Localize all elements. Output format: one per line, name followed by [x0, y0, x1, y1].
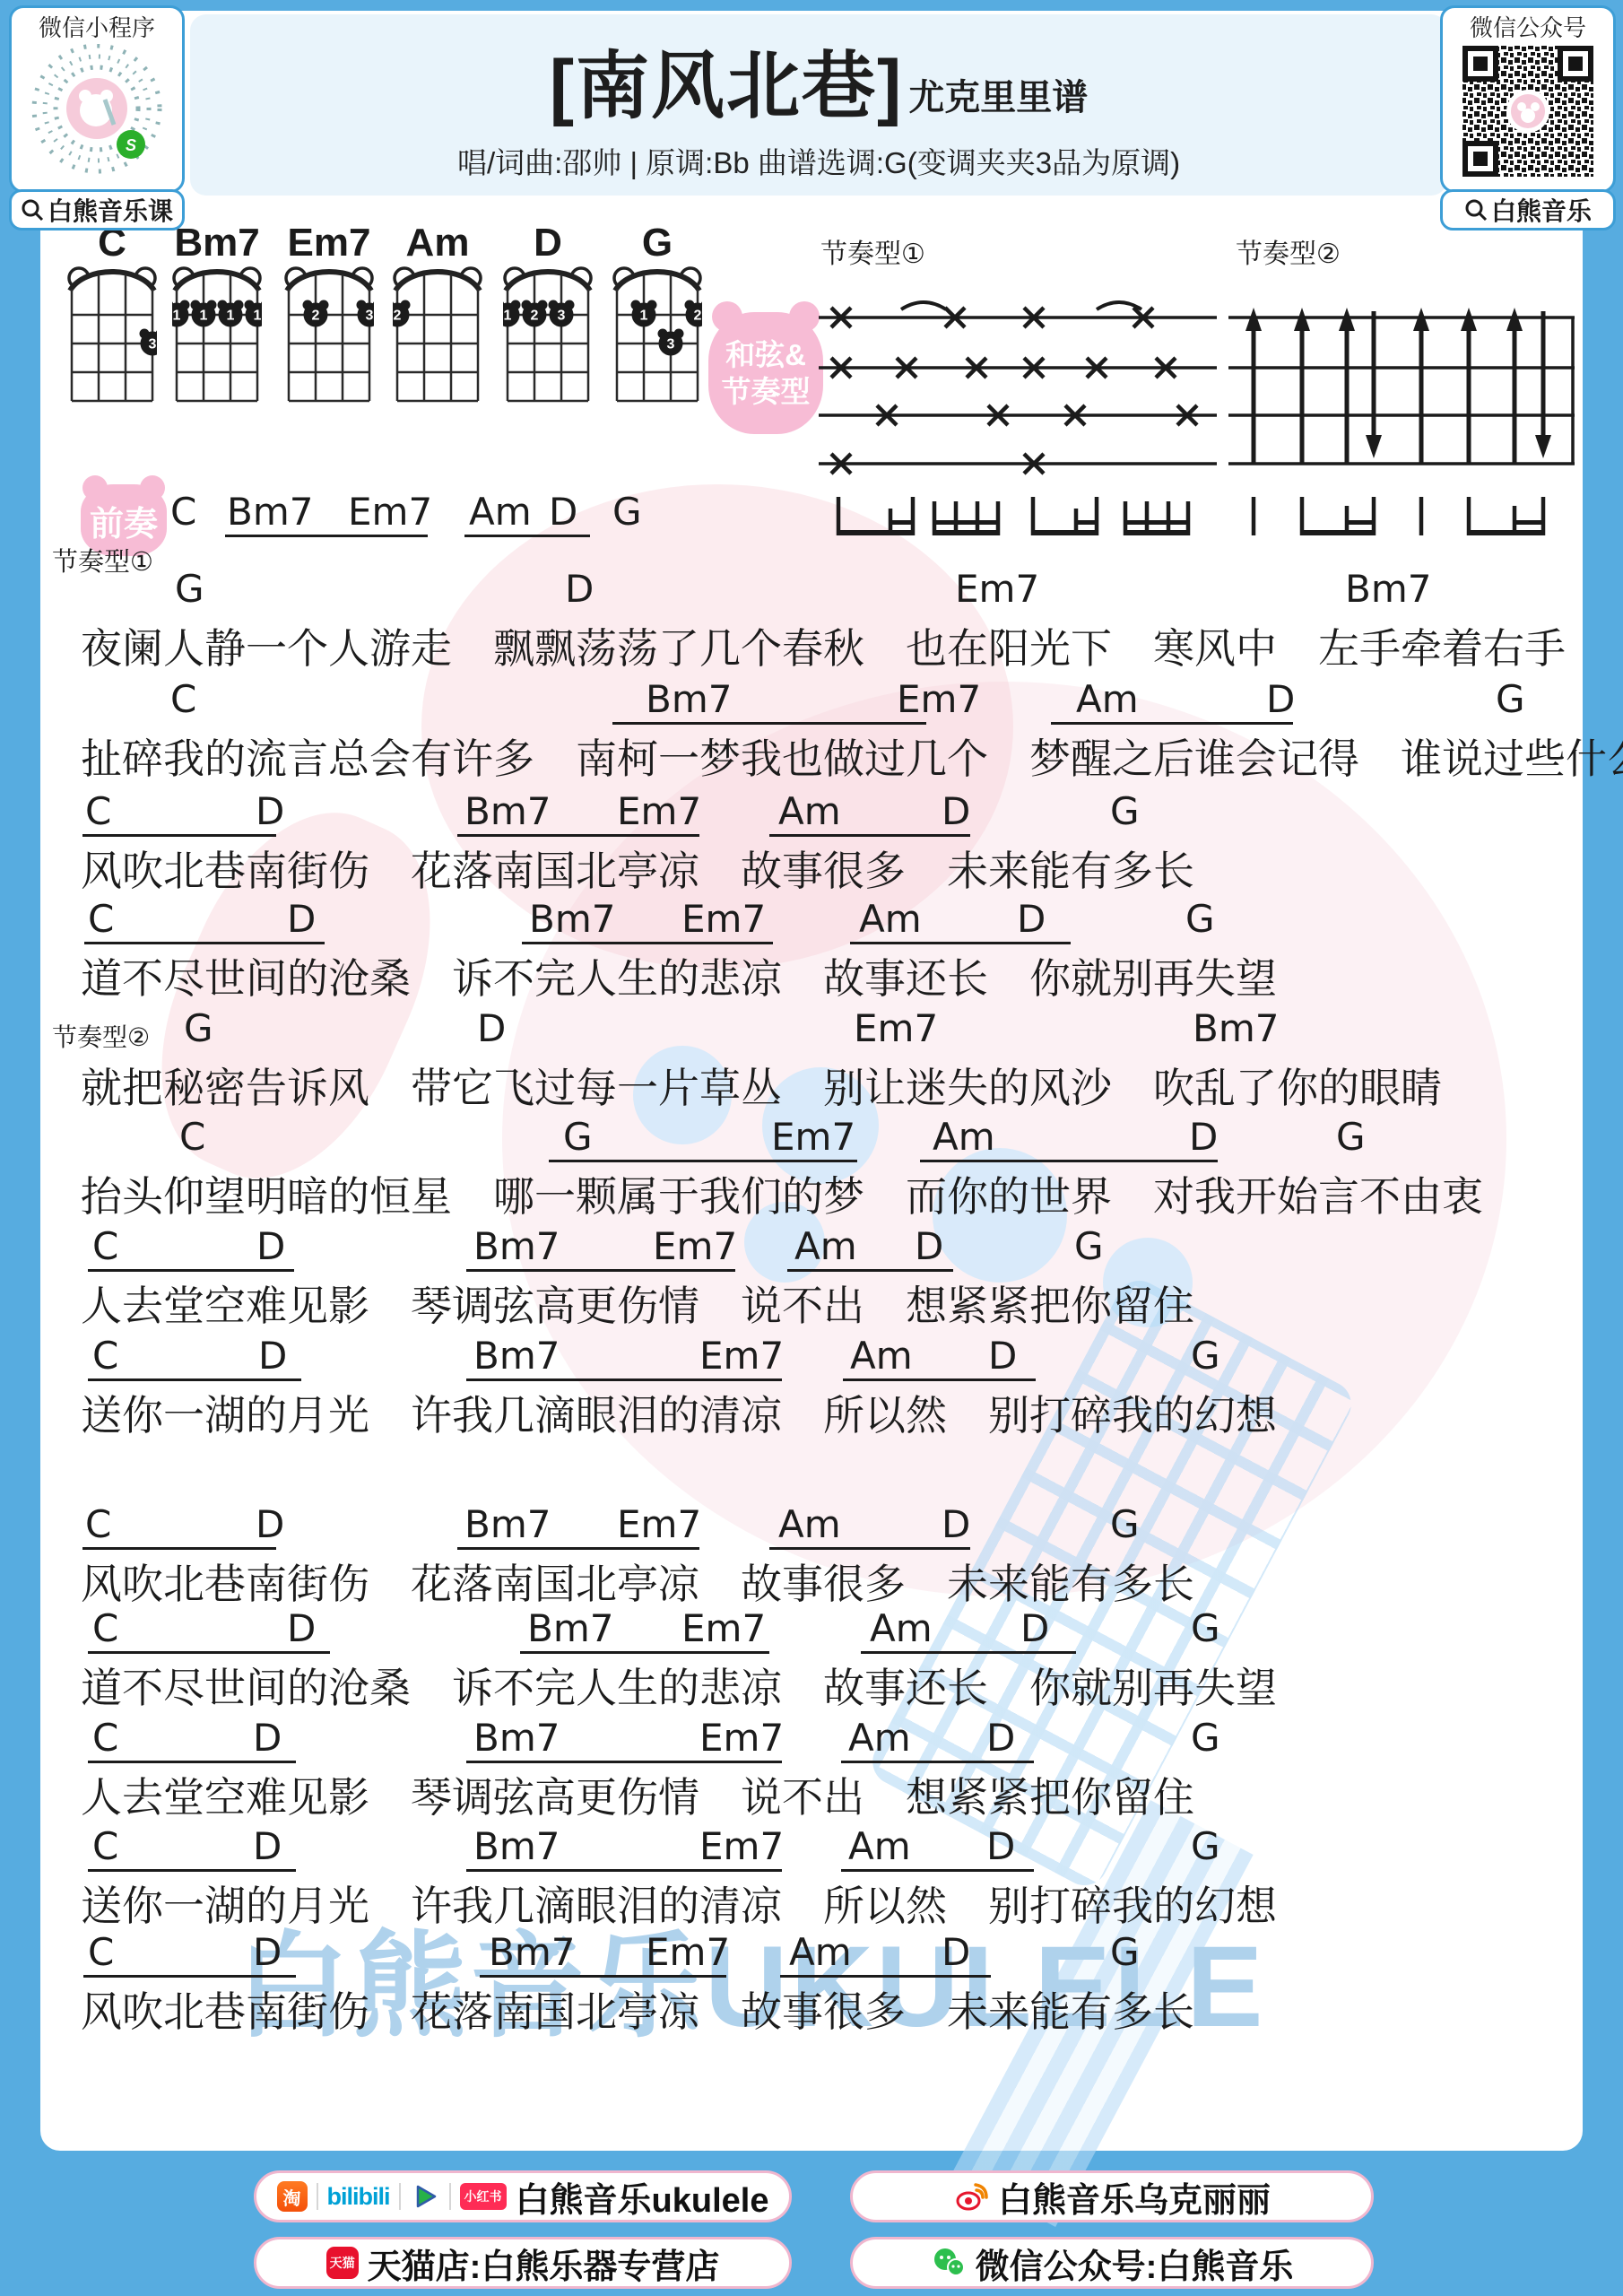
footer-pill-text: 白熊音乐ukulele — [516, 2172, 769, 2222]
search-icon — [21, 198, 44, 222]
chords-rhythm-badge-line2: 节奏型 — [708, 373, 823, 410]
chord-label: Bm7 — [529, 897, 615, 941]
chord-underline — [769, 1547, 970, 1550]
chord-label: G — [184, 1006, 213, 1050]
chord-underline — [457, 834, 699, 837]
chord-label: Am — [870, 1606, 933, 1650]
header-panel: [南风北巷] 尤克里里谱 唱/词曲:邵帅 | 原调:Bb 曲谱选调:G(变调夹夹… — [190, 14, 1447, 196]
chord-label: Am — [778, 1502, 841, 1546]
chord-underline — [843, 1378, 1036, 1381]
svg-text:1: 1 — [200, 309, 208, 324]
footer-pill-platforms: 淘 bilibili 小红书 白熊音乐ukulele — [254, 2170, 792, 2222]
chord-label: Em7 — [699, 1716, 784, 1760]
svg-text:3: 3 — [149, 337, 157, 352]
score-line: CDBm7Em7AmDG送你一湖的月光 许我几滴眼泪的清凉 所以然 别打碎我的幻… — [0, 1334, 1623, 1443]
finger-dot: 3 — [658, 329, 684, 356]
chord-label: G — [1191, 1716, 1220, 1760]
lyric-line: 风吹北巷南街伤 花落南国北亭凉 故事很多 未来能有多长 — [81, 1552, 1194, 1611]
chord-underline — [88, 1378, 301, 1381]
chords-rhythm-badge: 和弦& 节奏型 — [708, 312, 823, 434]
chord-label: D — [477, 1006, 506, 1050]
chord-label: D — [1020, 1606, 1049, 1650]
chord-underline — [480, 1975, 726, 1978]
score-line: CBm7Em7AmDG扯碎我的流言总会有许多 南柯一梦我也做过几个 梦醒之后谁会… — [0, 677, 1623, 787]
lyric-line: 送你一湖的月光 许我几滴眼泪的清凉 所以然 别打碎我的幻想 — [81, 1383, 1277, 1442]
chord-diagram-label: G — [612, 222, 702, 264]
rhythm-switch-label: 节奏型② — [52, 1018, 150, 1054]
chord-label: D — [549, 490, 577, 534]
chord-label: Em7 — [955, 567, 1039, 611]
finger-dot: 1 — [218, 300, 244, 327]
finger-dot: 2 — [522, 300, 548, 327]
official-account-box: 微信公众号 — [1440, 5, 1616, 193]
chord-label: Bm7 — [527, 1606, 613, 1650]
chord-diagram-Em7: Em723 — [284, 222, 374, 412]
score-line: GDEm7Bm7夜阑人静一个人游走 飘飘荡荡了几个春秋 也在阳光下 寒风中 左手… — [0, 567, 1623, 676]
chord-diagram-label: Am — [393, 222, 482, 264]
svg-text:2: 2 — [531, 309, 539, 324]
chord-label: G — [612, 490, 642, 534]
chord-label: G — [1336, 1115, 1366, 1159]
svg-text:3: 3 — [366, 309, 374, 324]
chord-label: D — [253, 1716, 282, 1760]
chord-label: G — [1185, 897, 1215, 941]
chord-label: G — [175, 567, 204, 611]
miniprogram-badge: 微信小程序 S 白熊音乐课 — [9, 5, 185, 230]
chord-label: Bm7 — [646, 677, 732, 721]
chord-label: Am — [850, 1334, 913, 1378]
weibo-icon — [953, 2179, 989, 2214]
chord-label: Em7 — [854, 1006, 938, 1050]
finger-dot: 1 — [245, 300, 263, 327]
chord-diagram-label: D — [503, 222, 593, 264]
chord-label: Bm7 — [473, 1824, 560, 1868]
chord-label: Bm7 — [473, 1334, 560, 1378]
chord-label: C — [92, 1334, 118, 1378]
chord-label: D — [253, 1824, 282, 1868]
play-icon — [410, 2181, 440, 2212]
svg-text:1: 1 — [173, 309, 181, 324]
chord-label: Bm7 — [1345, 567, 1431, 611]
chord-underline — [88, 1761, 296, 1763]
chord-label: Bm7 — [464, 789, 551, 833]
chord-underline — [787, 1269, 953, 1272]
chord-underline — [861, 1651, 1076, 1654]
score-line: CDBm7Em7AmDG风吹北巷南街伤 花落南国北亭凉 故事很多 未来能有多长 — [0, 1930, 1623, 2039]
chord-label: Em7 — [681, 897, 766, 941]
finger-dot: 2 — [303, 300, 329, 327]
fretboard-icon: 23 — [284, 264, 374, 407]
fretboard-icon: 123 — [503, 264, 593, 407]
chord-underline — [225, 535, 428, 537]
chord-label: Am — [859, 897, 922, 941]
chord-label: Bm7 — [489, 1930, 575, 1974]
fretboard-icon: 1111 — [172, 264, 262, 407]
lyric-line: 抬头仰望明暗的恒星 哪一颗属于我们的梦 而你的世界 对我开始言不由衷 — [81, 1164, 1483, 1223]
svg-text:1: 1 — [504, 309, 512, 324]
chord-label: Bm7 — [473, 1224, 560, 1268]
xiaohongshu-icon: 小红书 — [460, 2183, 507, 2210]
chord-underline — [780, 1975, 991, 1978]
chord-label: C — [170, 677, 196, 721]
chord-label: G — [1496, 677, 1525, 721]
official-account-title: 微信公众号 — [1443, 12, 1613, 44]
chord-label: D — [256, 1224, 285, 1268]
chord-underline — [520, 1651, 769, 1654]
chords-rhythm-badge-line1: 和弦& — [708, 336, 823, 373]
chord-underline — [84, 942, 325, 944]
chord-underline — [549, 1160, 857, 1162]
finger-dot: 1 — [503, 300, 521, 327]
lyric-line: 就把秘密告诉风 带它飞过每一片草丛 别让迷失的风沙 吹乱了你的眼睛 — [81, 1056, 1442, 1115]
title-row: [南风北巷] 尤克里里谱 — [190, 38, 1447, 124]
chord-label: G — [1110, 789, 1140, 833]
score-line: CGEm7AmDG抬头仰望明暗的恒星 哪一颗属于我们的梦 而你的世界 对我开始言… — [0, 1115, 1623, 1224]
footer-pill-weibo: 白熊音乐乌克丽丽 — [850, 2170, 1374, 2222]
miniprogram-code-icon: S — [30, 44, 164, 178]
svg-text:S: S — [126, 136, 136, 154]
sheet-type-label: 尤克里里谱 — [908, 69, 1088, 120]
chord-underline — [841, 1869, 1034, 1872]
chord-label: D — [942, 1930, 970, 1974]
chord-label: Em7 — [617, 1502, 701, 1546]
chord-label: Em7 — [771, 1115, 855, 1159]
lyric-line: 扯碎我的流言总会有许多 南柯一梦我也做过几个 梦醒之后谁会记得 谁说过些什么 — [81, 726, 1623, 786]
fretboard-icon: 3 — [67, 264, 157, 407]
chord-label: Am — [794, 1224, 857, 1268]
rhythm2-label: 节奏型② — [1236, 231, 1341, 271]
svg-text:2: 2 — [694, 309, 702, 324]
chord-underline — [466, 1269, 735, 1272]
svg-text:2: 2 — [394, 309, 402, 324]
chord-label: Am — [848, 1824, 911, 1868]
chord-label: D — [988, 1334, 1017, 1378]
search-icon — [1464, 198, 1488, 222]
miniprogram-caption-text: 白熊音乐课 — [48, 192, 173, 228]
lyric-line: 道不尽世间的沧桑 诉不完人生的悲凉 故事还长 你就别再失望 — [81, 946, 1277, 1005]
chord-label: Em7 — [699, 1334, 784, 1378]
qr-code-icon — [1461, 44, 1595, 178]
chord-label: Em7 — [681, 1606, 766, 1650]
chord-label: Em7 — [646, 1930, 730, 1974]
miniprogram-title: 微信小程序 — [12, 12, 182, 44]
finger-dot: 3 — [549, 300, 575, 327]
chord-label: C — [92, 1224, 118, 1268]
chord-label: C — [179, 1115, 205, 1159]
svg-text:1: 1 — [227, 309, 235, 324]
chord-label: G — [1074, 1224, 1104, 1268]
chord-label: G — [1191, 1606, 1220, 1650]
song-title: [南风北巷] — [550, 50, 904, 124]
chord-underline — [88, 1651, 330, 1654]
chord-label: C — [92, 1716, 118, 1760]
chord-label: D — [258, 1334, 287, 1378]
svg-text:1: 1 — [254, 309, 262, 324]
finger-dot: 1 — [631, 300, 657, 327]
chord-label: D — [986, 1824, 1015, 1868]
chord-label: Bm7 — [473, 1716, 560, 1760]
chord-label: G — [1110, 1502, 1140, 1546]
chord-diagram-label: Em7 — [284, 222, 374, 264]
lyric-line: 人去堂空难见影 琴调弦高更伤情 说不出 想紧紧把你留住 — [81, 1765, 1194, 1824]
official-account-badge: 微信公众号 — [1440, 5, 1616, 230]
footer-pill-text: 天猫店:白熊乐器专营店 — [368, 2239, 720, 2288]
score-line: CDBm7Em7AmDG风吹北巷南街伤 花落南国北亭凉 故事很多 未来能有多长 — [0, 789, 1623, 899]
score-line: CDBm7Em7AmDG道不尽世间的沧桑 诉不完人生的悲凉 故事还长 你就别再失… — [0, 897, 1623, 1006]
chord-diagram-Bm7: Bm71111 — [172, 222, 262, 412]
chord-label: G — [1110, 1930, 1140, 1974]
separator — [449, 2183, 451, 2210]
svg-text:3: 3 — [558, 309, 566, 324]
chord-label: D — [256, 789, 284, 833]
bilibili-icon: bilibili — [327, 2183, 390, 2211]
taobao-icon: 淘 — [277, 2181, 308, 2212]
chord-label: D — [287, 1606, 316, 1650]
chord-label: Bm7 — [1193, 1006, 1279, 1050]
chord-diagram-label: Bm7 — [172, 222, 262, 264]
finger-dot: 2 — [685, 300, 703, 327]
finger-dot: 3 — [140, 329, 158, 356]
chord-label: Em7 — [348, 490, 432, 534]
svg-text:3: 3 — [667, 337, 675, 352]
fretboard-icon: 123 — [612, 264, 702, 407]
chord-label: Am — [933, 1115, 995, 1159]
score-line: CDBm7Em7AmDG人去堂空难见影 琴调弦高更伤情 说不出 想紧紧把你留住 — [0, 1224, 1623, 1334]
chord-label: Em7 — [897, 677, 981, 721]
chord-underline — [457, 1547, 699, 1550]
chord-label: G — [1191, 1334, 1220, 1378]
finger-dot: 1 — [191, 300, 217, 327]
svg-text:2: 2 — [312, 309, 320, 324]
chord-label: G — [1191, 1824, 1220, 1868]
score-line: CDBm7Em7AmDG送你一湖的月光 许我几滴眼泪的清凉 所以然 别打碎我的幻… — [0, 1824, 1623, 1934]
chord-underline — [841, 1761, 1034, 1763]
chord-underline — [612, 722, 926, 725]
lyric-line: 送你一湖的月光 许我几滴眼泪的清凉 所以然 别打碎我的幻想 — [81, 1874, 1277, 1933]
separator — [399, 2183, 401, 2210]
chord-underline — [464, 535, 590, 537]
chord-label: Bm7 — [227, 490, 313, 534]
chord-label: Am — [789, 1930, 852, 1974]
lyric-line: 夜阑人静一个人游走 飘飘荡荡了几个春秋 也在阳光下 寒风中 左手牵着右手 — [81, 616, 1566, 675]
chord-label: D — [256, 1502, 284, 1546]
chord-label: Em7 — [699, 1824, 784, 1868]
chord-underline — [466, 1378, 782, 1381]
score-line: CDBm7Em7AmDG道不尽世间的沧桑 诉不完人生的悲凉 故事还长 你就别再失… — [0, 1606, 1623, 1716]
chord-label: C — [88, 897, 114, 941]
chord-label: G — [563, 1115, 593, 1159]
score-line: CDBm7Em7AmDG人去堂空难见影 琴调弦高更伤情 说不出 想紧紧把你留住 — [0, 1716, 1623, 1825]
chord-underline — [82, 1547, 276, 1550]
chord-label: D — [287, 897, 316, 941]
lyric-line: 风吹北巷南街伤 花落南国北亭凉 故事很多 未来能有多长 — [81, 839, 1194, 898]
chord-label: D — [1266, 677, 1295, 721]
chord-label: Am — [848, 1716, 911, 1760]
chord-label: D — [253, 1930, 282, 1974]
chord-label: D — [942, 1502, 970, 1546]
chord-label: Am — [778, 789, 841, 833]
score-line: CDBm7Em7AmDG风吹北巷南街伤 花落南国北亭凉 故事很多 未来能有多长 — [0, 1502, 1623, 1612]
miniprogram-box: 微信小程序 S — [9, 5, 185, 193]
chord-label: D — [1017, 897, 1046, 941]
finger-dot: 3 — [357, 300, 375, 327]
chord-label: Bm7 — [464, 1502, 551, 1546]
chord-label: C — [85, 1502, 111, 1546]
footer-pill-wechat: 微信公众号:白熊音乐 — [850, 2237, 1374, 2289]
chord-label: D — [565, 567, 594, 611]
footer-pill-text: 白熊音乐乌克丽丽 — [998, 2172, 1271, 2222]
chord-underline — [82, 834, 276, 837]
fretboard-icon: 2 — [393, 264, 482, 407]
chord-underline — [88, 1869, 296, 1872]
song-credits: 唱/词曲:邵帅 | 原调:Bb 曲谱选调:G(变调夹夹3品为原调) — [190, 140, 1447, 182]
chord-underline — [850, 942, 1071, 944]
chord-underline — [522, 942, 773, 944]
lyric-line: 人去堂空难见影 琴调弦高更伤情 说不出 想紧紧把你留住 — [81, 1274, 1194, 1333]
wechat-icon — [931, 2245, 967, 2281]
chord-underline — [83, 1975, 296, 1978]
finger-dot: 1 — [172, 300, 190, 327]
official-account-caption: 白熊音乐 — [1440, 189, 1616, 230]
chord-underline — [920, 1160, 1218, 1162]
chord-diagram-G: G123 — [612, 222, 702, 412]
chord-underline — [88, 1269, 294, 1272]
score-line: 节奏型②GDEm7Bm7就把秘密告诉风 带它飞过每一片草丛 别让迷失的风沙 吹乱… — [0, 1006, 1623, 1116]
chord-label: C — [92, 1824, 118, 1868]
chord-label: C — [85, 789, 111, 833]
chord-underline — [466, 1869, 782, 1872]
chord-label: C — [170, 490, 196, 534]
chord-sheet-page: 白熊音乐UKULELE [南风北巷] 尤克里里谱 唱/词曲:邵帅 | 原调:Bb… — [0, 0, 1623, 2296]
lyric-line: 道不尽世间的沧桑 诉不完人生的悲凉 故事还长 你就别再失望 — [81, 1656, 1277, 1715]
footer-pill-text: 微信公众号:白熊音乐 — [976, 2239, 1294, 2288]
chord-label: D — [915, 1224, 943, 1268]
chord-label: Am — [469, 490, 532, 534]
official-account-caption-text: 白熊音乐 — [1491, 192, 1592, 228]
chord-underline — [1051, 722, 1293, 725]
chord-label: D — [986, 1716, 1015, 1760]
chord-label: C — [88, 1930, 114, 1974]
miniprogram-caption: 白熊音乐课 — [9, 189, 185, 230]
chord-underline — [769, 834, 970, 837]
chord-label: Am — [1076, 677, 1139, 721]
chord-label: Em7 — [617, 789, 701, 833]
chord-diagram-C: C3 — [67, 222, 157, 412]
tmall-icon: 天猫 — [326, 2247, 359, 2279]
chord-diagram-D: D123 — [503, 222, 593, 412]
chord-label: D — [942, 789, 970, 833]
chord-label: C — [92, 1606, 118, 1650]
chord-underline — [466, 1761, 782, 1763]
footer-pill-tmall: 天猫 天猫店:白熊乐器专营店 — [254, 2237, 792, 2289]
finger-dot: 2 — [393, 300, 411, 327]
chord-label: Em7 — [653, 1224, 737, 1268]
lyric-line: 风吹北巷南街伤 花落南国北亭凉 故事很多 未来能有多长 — [81, 1979, 1194, 2039]
separator — [317, 2183, 318, 2210]
chord-label: D — [1189, 1115, 1218, 1159]
rhythm1-label: 节奏型① — [820, 231, 925, 271]
svg-text:1: 1 — [640, 309, 648, 324]
chord-diagram-Am: Am2 — [393, 222, 482, 412]
